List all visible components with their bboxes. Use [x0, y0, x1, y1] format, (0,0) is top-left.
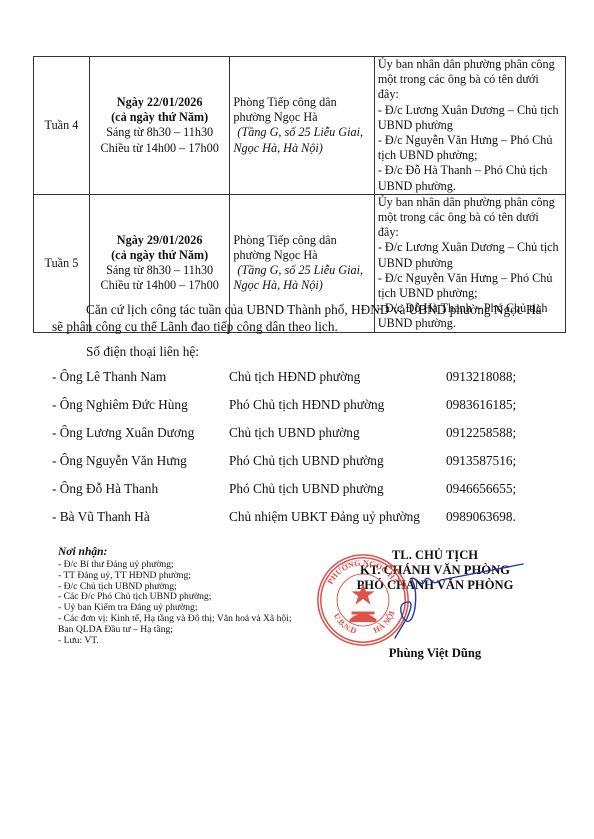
address: (Tầng G, số 25 Liễu Giai,	[233, 263, 370, 278]
contact-name: - Ông Nghiêm Đức Hùng	[52, 397, 188, 413]
place: Phòng Tiếp công dân	[233, 95, 370, 110]
place: phường Ngọc Hà	[233, 110, 370, 125]
contact-role: Phó Chủ tịch UBND phường	[229, 453, 384, 469]
contact-role: Phó Chủ tịch HĐND phường	[229, 397, 384, 413]
place-cell: Phòng Tiếp công dân phường Ngọc Hà (Tầng…	[230, 57, 374, 195]
handwritten-signature-icon	[385, 560, 525, 640]
place: Phòng Tiếp công dân	[233, 233, 370, 248]
contact-phone: 0983616185;	[446, 397, 516, 413]
day-note: (cả ngày thứ Năm)	[93, 248, 227, 263]
contact-name: - Ông Lương Xuân Dương	[52, 425, 194, 441]
contact-phone: 0912258588;	[446, 425, 516, 441]
contact-role: Phó Chủ tịch UBND phường	[229, 481, 384, 497]
assignment-line: một trong các ông bà có tên dưới đây:	[378, 210, 562, 240]
recipient-item: - Các đơn vị: Kinh tế, Hạ tầng và Đô thị…	[58, 614, 308, 636]
contact-name: - Ông Lê Thanh Nam	[52, 369, 166, 385]
date-cell: Ngày 22/01/2026 (cả ngày thứ Năm) Sáng t…	[89, 57, 230, 195]
contact-phone: 0913587516;	[446, 453, 516, 469]
assignment-line: - Đ/c Nguyễn Văn Hưng – Phó Chủ	[378, 271, 562, 286]
address: Ngọc Hà, Hà Nội)	[233, 141, 370, 156]
recipients-block: Nơi nhận: - Đ/c Bí thư Đảng uỷ phường; -…	[58, 546, 308, 646]
body-paragraph: Căn cứ lịch công tác tuần của UBND Thành…	[52, 301, 552, 335]
afternoon-hours: Chiều từ 14h00 – 17h00	[93, 278, 227, 293]
assignment-line: UBND phường.	[378, 179, 562, 194]
reception-schedule-table: Tuần 4 Ngày 22/01/2026 (cả ngày thứ Năm)…	[33, 56, 566, 333]
contact-item: - Ông Lê Thanh Nam Chủ tịch HĐND phường …	[52, 369, 572, 397]
contact-heading: Số điện thoại liên hệ:	[86, 343, 586, 360]
contact-phone: 0913218088;	[446, 369, 516, 385]
contact-phone: 0989063698.	[446, 509, 516, 525]
recipients-title: Nơi nhận:	[58, 546, 308, 559]
recipient-item: - Lưu: VT.	[58, 636, 308, 647]
week-cell: Tuần 4	[34, 57, 90, 195]
assignment-line: - Đ/c Lương Xuân Dương – Chủ tịch	[378, 240, 562, 255]
contact-phone: 0946656655;	[446, 481, 516, 497]
address: Ngọc Hà, Hà Nội)	[233, 278, 370, 293]
date: Ngày 29/01/2026	[93, 233, 227, 248]
assignment-line: Ủy ban nhân dân phường phân công	[378, 195, 562, 210]
address: (Tầng G, số 25 Liễu Giai,	[233, 125, 370, 140]
recipient-item: - TT Đảng uỷ, TT HĐND phường;	[58, 571, 308, 582]
assignment-line: UBND phường	[378, 118, 562, 133]
contact-name: - Ông Nguyễn Văn Hưng	[52, 453, 187, 469]
assignment-line: Ủy ban nhân dân phường phân công	[378, 57, 562, 72]
assignment-cell: Ủy ban nhân dân phường phân công một tro…	[374, 57, 565, 195]
contact-role: Chủ nhiệm UBKT Đảng uỷ phường	[229, 509, 420, 525]
contact-item: - Ông Nguyễn Văn Hưng Phó Chủ tịch UBND …	[52, 453, 572, 481]
date: Ngày 22/01/2026	[93, 95, 227, 110]
assignment-line: một trong các ông bà có tên dưới đây:	[378, 72, 562, 102]
contact-list: - Ông Lê Thanh Nam Chủ tịch HĐND phường …	[52, 369, 572, 537]
assignment-line: - Đ/c Nguyễn Văn Hưng – Phó Chủ	[378, 133, 562, 148]
contact-item: - Ông Lương Xuân Dương Chủ tịch UBND phư…	[52, 425, 572, 453]
assignment-line: - Đ/c Lương Xuân Dương – Chủ tịch	[378, 103, 562, 118]
morning-hours: Sáng từ 8h30 – 11h30	[93, 263, 227, 278]
contact-item: - Ông Nghiêm Đức Hùng Phó Chủ tịch HĐND …	[52, 397, 572, 425]
document-page: Tuần 4 Ngày 22/01/2026 (cả ngày thứ Năm)…	[0, 0, 594, 839]
contact-role: Chủ tịch UBND phường	[229, 425, 360, 441]
contact-item: - Ông Đỗ Hà Thanh Phó Chủ tịch UBND phườ…	[52, 481, 572, 509]
assignment-line: tịch UBND phường;	[378, 286, 562, 301]
signer-name: Phùng Việt Dũng	[330, 646, 540, 661]
assignment-line: UBND phường	[378, 256, 562, 271]
place: phường Ngọc Hà	[233, 248, 370, 263]
contact-role: Chủ tịch HĐND phường	[229, 369, 360, 385]
assignment-line: tịch UBND phường;	[378, 148, 562, 163]
afternoon-hours: Chiều từ 14h00 – 17h00	[93, 141, 227, 156]
contact-item: - Bà Vũ Thanh Hà Chủ nhiệm UBKT Đảng uỷ …	[52, 509, 572, 537]
morning-hours: Sáng từ 8h30 – 11h30	[93, 125, 227, 140]
contact-name: - Bà Vũ Thanh Hà	[52, 509, 150, 525]
table-row: Tuần 4 Ngày 22/01/2026 (cả ngày thứ Năm)…	[34, 57, 566, 195]
contact-name: - Ông Đỗ Hà Thanh	[52, 481, 158, 497]
day-note: (cả ngày thứ Năm)	[93, 110, 227, 125]
assignment-line: - Đ/c Đỗ Hà Thanh – Phó Chủ tịch	[378, 163, 562, 178]
